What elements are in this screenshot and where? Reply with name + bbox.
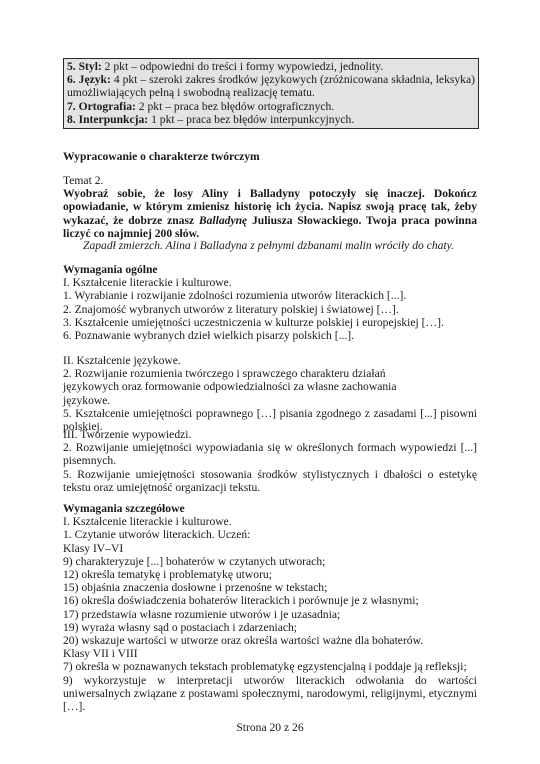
scoring-criteria-box: 5. Styl: 2 pkt – odpowiedni do treści i … xyxy=(63,58,479,129)
list-item: 9) charakteryzuje [...] bohaterów w czyt… xyxy=(63,555,477,568)
list-item: 2. Znajomość wybranych utworów z literat… xyxy=(63,303,477,316)
general-requirements-heading: Wymagania ogólne xyxy=(63,263,477,276)
criterion-spelling: 7. Ortografia: 2 pkt – praca bez błędów … xyxy=(67,100,475,113)
general-requirements: Wymagania ogólne I. Kształcenie literack… xyxy=(63,263,477,342)
opening-line: Zapadł zmierzch. Alina i Balladyna z peł… xyxy=(63,239,477,252)
group-title: I. Kształcenie literackie i kulturowe. xyxy=(63,515,477,528)
list-item: 2. Rozwijanie rozumienia twórczego i spr… xyxy=(63,367,477,407)
section-title: Wypracowanie o charakterze twórczym xyxy=(63,150,477,163)
list-item: 3. Kształcenie umiejętności uczestniczen… xyxy=(63,316,477,329)
group-title: III. Tworzenie wypowiedzi. xyxy=(63,428,477,441)
opening-line-block: Zapadł zmierzch. Alina i Balladyna z peł… xyxy=(63,239,477,252)
list-item: 15) objaśnia znaczenia dosłowne i przeno… xyxy=(63,581,477,594)
grades-label: Klasy IV–VI xyxy=(63,542,477,555)
list-item: 19) wyraża własny sąd o postaciach i zda… xyxy=(63,621,477,634)
list-item: 12) określa tematykę i problematykę utwo… xyxy=(63,568,477,581)
page-number: Strona 20 z 26 xyxy=(0,721,540,734)
list-item: 16) określa doświadczenia bohaterów lite… xyxy=(63,594,477,607)
section-title-block: Wypracowanie o charakterze twórczym xyxy=(63,150,477,163)
list-item: 1. Wyrabianie i rozwijanie zdolności roz… xyxy=(63,289,477,302)
list-item: 6. Poznawanie wybranych dzieł wielkich p… xyxy=(63,329,477,342)
list-item: 5. Rozwijanie umiejętności stosowania śr… xyxy=(63,468,477,494)
list-item: 2. Rozwijanie umiejętności wypowiadania … xyxy=(63,441,477,467)
grades-label: Klasy VII i VIII xyxy=(63,647,477,660)
detailed-requirements: Wymagania szczegółowe I. Kształcenie lit… xyxy=(63,502,477,713)
topic-prompt: Wyobraź sobie, że losy Aliny i Balladyny… xyxy=(63,187,477,240)
group-title: II. Kształcenie językowe. xyxy=(63,354,477,367)
list-item: 20) wskazuje wartości w utworze oraz okr… xyxy=(63,634,477,647)
list-item: 9) wykorzystuje w interpretacji utworów … xyxy=(63,674,477,714)
topic-block: Temat 2. Wyobraź sobie, że losy Aliny i … xyxy=(63,174,477,240)
group-title: I. Kształcenie literackie i kulturowe. xyxy=(63,276,477,289)
detailed-requirements-heading: Wymagania szczegółowe xyxy=(63,502,477,515)
criterion-language: 6. Język: 4 pkt – szeroki zakres środków… xyxy=(67,73,475,99)
criterion-punctuation: 8. Interpunkcja: 1 pkt – praca bez błędó… xyxy=(67,113,475,126)
work-title: Balladynę xyxy=(199,214,247,227)
criterion-style: 5. Styl: 2 pkt – odpowiedni do treści i … xyxy=(67,60,475,73)
general-requirements-group-3: III. Tworzenie wypowiedzi. 2. Rozwijanie… xyxy=(63,428,477,494)
subgroup-title: 1. Czytanie utworów literackich. Uczeń: xyxy=(63,528,477,541)
topic-label: Temat 2. xyxy=(63,174,477,187)
list-item: 17) przedstawia własne rozumienie utworó… xyxy=(63,608,477,621)
list-item: 7) określa w poznawanych tekstach proble… xyxy=(63,660,477,673)
general-requirements-group-2: II. Kształcenie językowe. 2. Rozwijanie … xyxy=(63,354,477,433)
